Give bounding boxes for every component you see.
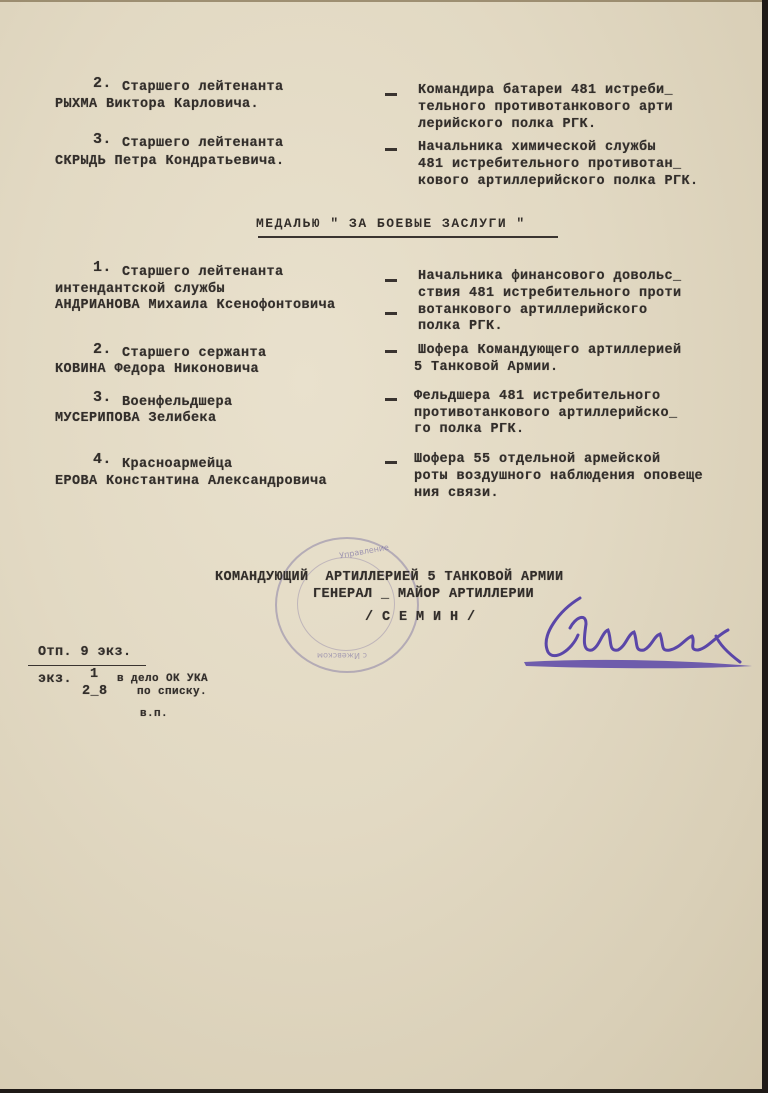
medal-heading: МЕДАЛЬЮ " ЗА БОЕВЫЕ ЗАСЛУГИ " <box>256 216 526 231</box>
entry-number: 2. <box>93 76 112 91</box>
dash-divider <box>385 398 397 401</box>
footer-rule <box>28 665 146 666</box>
signatory-title: КОМАНДУЮЩИЙ АРТИЛЛЕРИЕЙ 5 ТАНКОВОЙ АРМИИ <box>215 570 564 585</box>
entry-position-line: лерийского полка РГК. <box>418 117 597 132</box>
entry-name: РЫХМА Виктора Карловича. <box>55 97 259 112</box>
entry-number: 4. <box>93 452 112 467</box>
entry-rank: Старшего сержанта <box>122 346 267 361</box>
signatory-name: / С Е М И Н / <box>365 610 476 625</box>
entry-rank: Старшего лейтенанта <box>122 265 284 280</box>
dash-divider <box>385 148 397 151</box>
entry-rank: Старшего лейтенанта <box>122 80 284 95</box>
entry-name: КОВИНА Федора Никоновича <box>55 362 259 377</box>
copies-note: Отп. 9 экз. <box>38 645 132 660</box>
entry-position-line: Шофера Командующего артиллерией <box>418 343 682 358</box>
entry-position-line: вотанкового артиллерийского <box>418 303 648 318</box>
entry-number: 3. <box>93 390 112 405</box>
dash-divider <box>385 312 397 315</box>
entry-position-line: кового артиллерийского полка РГК. <box>418 174 699 189</box>
entry-position-line: Фельдшера 481 истребительного <box>414 389 661 404</box>
entry-position-line: 481 истребительного противотан_ <box>418 157 682 172</box>
entry-position-line: Шофера 55 отдельной армейской <box>414 452 661 467</box>
entry-position-line: полка РГК. <box>418 319 503 334</box>
entry-number: 2. <box>93 342 112 357</box>
dash-divider <box>385 279 397 282</box>
entry-name: СКРЫДЬ Петра Кондратьевича. <box>55 154 285 169</box>
scan-edge-bottom <box>0 1089 768 1093</box>
entry-name: АНДРИАНОВА Михаила Ксенофонтовича <box>55 298 336 313</box>
entry-position-line: тельного противотанкового арти <box>418 100 673 115</box>
distribution-fraction-top: 1 <box>90 667 99 682</box>
dash-divider <box>385 93 397 96</box>
entry-position-line: го полка РГК. <box>414 422 525 437</box>
entry-position-line: Начальника химической службы <box>418 140 656 155</box>
document-page: 2. Старшего лейтенанта РЫХМА Виктора Кар… <box>0 0 762 1089</box>
signatory-rank: ГЕНЕРАЛ _ МАЙОР АРТИЛЛЕРИИ <box>313 587 534 602</box>
typist-initials: в.п. <box>140 707 168 722</box>
entry-number: 3. <box>93 132 112 147</box>
heading-underline <box>258 236 558 238</box>
dash-divider <box>385 461 397 464</box>
handwritten-signature <box>520 590 760 680</box>
distribution-line: по списку. <box>137 685 207 700</box>
entry-position-line: Командира батареи 481 истреби_ <box>418 83 673 98</box>
entry-position-line: Начальника финансового довольс_ <box>418 269 682 284</box>
distribution-prefix: экз. <box>38 672 72 687</box>
official-stamp: Управление с Ижевском <box>275 537 419 673</box>
entry-number: 1. <box>93 260 112 275</box>
entry-rank-line: интендантской службы <box>55 282 225 297</box>
entry-position-line: противотанкового артиллерийско_ <box>414 406 678 421</box>
scan-edge-right <box>762 0 768 1093</box>
entry-name: МУСЕРИПОВА Зелибека <box>55 411 217 426</box>
stamp-text-bottom: с Ижевском <box>317 651 367 660</box>
stamp-text-top: Управление <box>339 543 390 561</box>
entry-position-line: 5 Танковой Армии. <box>414 360 559 375</box>
entry-position-line: ния связи. <box>414 486 499 501</box>
entry-name: ЕРОВА Константина Александровича <box>55 474 327 489</box>
entry-position-line: роты воздушного наблюдения оповеще <box>414 469 703 484</box>
dash-divider <box>385 350 397 353</box>
entry-rank: Красноармейца <box>122 457 233 472</box>
entry-rank: Старшего лейтенанта <box>122 136 284 151</box>
distribution-fraction-bottom: 2_8 <box>82 684 108 699</box>
entry-rank: Военфельдшера <box>122 395 233 410</box>
entry-position-line: ствия 481 истребительного проти <box>418 286 682 301</box>
